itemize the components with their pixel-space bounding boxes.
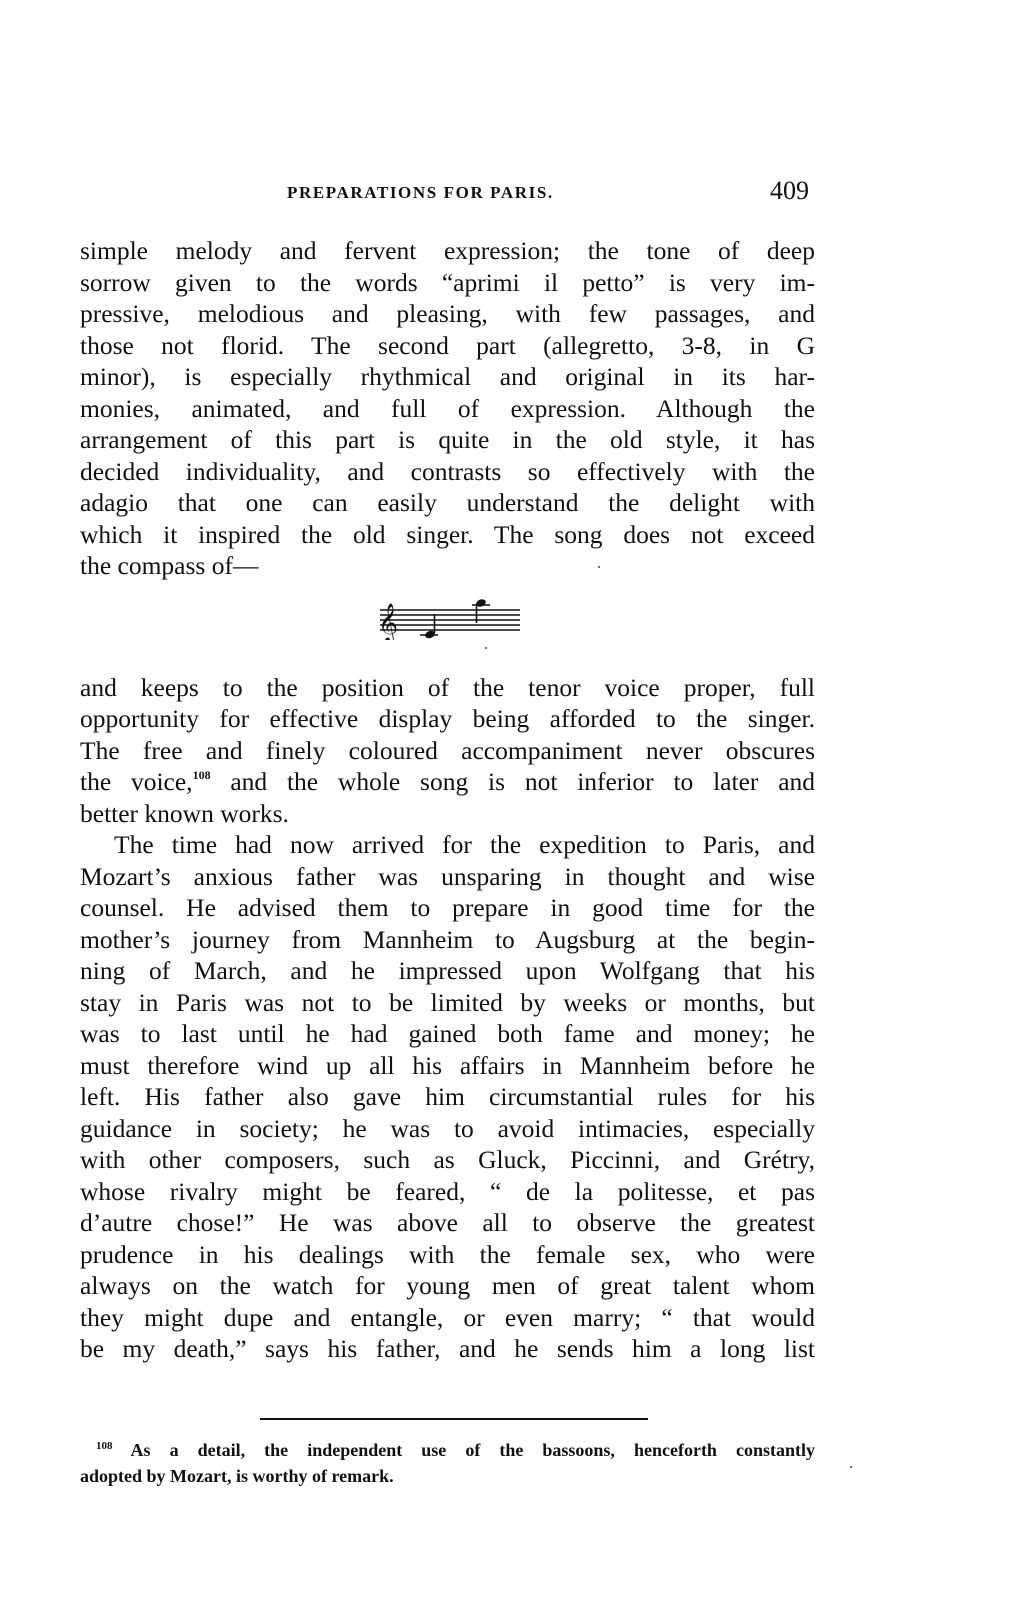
text-line: they might dupe and entangle, or even ma… [80,1303,815,1333]
footnote-reference[interactable]: 108 [193,768,211,782]
print-speck [850,1466,852,1468]
text-line: The time had now arrived for the expedit… [114,830,815,860]
text-line: monies, animated, and full of expression… [80,394,815,424]
text-line: decided individuality, and contrasts so … [80,457,815,487]
text-line: counsel. He advised them to prepare in g… [80,893,815,923]
print-speck [598,566,600,568]
text-line: Mozart’s anxious father was unsparing in… [80,862,815,892]
text-line: minor), is especially rhythmical and ori… [80,362,815,392]
footnote-line: adopted by Mozart, is worthy of remark. [80,1463,815,1489]
text-line: simple melody and fervent expression; th… [80,236,815,266]
page-number: 409 [770,176,809,206]
footnote-line: 108 As a detail, the independent use of … [96,1437,815,1463]
running-title: PREPARATIONS FOR PARIS. [287,183,554,203]
text-line: with other composers, such as Gluck, Pic… [80,1145,815,1175]
text-line: be my death,” says his father, and he se… [80,1334,815,1364]
text-line-with-footnote-ref: the voice,108 and the whole song is not … [80,767,815,797]
text-line: ning of March, and he impressed upon Wol… [80,956,815,986]
svg-text:𝄞: 𝄞 [380,603,398,640]
text-line: better known works. [80,799,815,829]
text-line: sorrow given to the words “aprimi il pet… [80,268,815,298]
text-line: The free and finely coloured accompanime… [80,736,815,766]
text-line: left. His father also gave him circumsta… [80,1082,815,1112]
text-line: the compass of— [80,551,815,581]
book-page: PREPARATIONS FOR PARIS. 409 simple melod… [0,0,1034,1600]
text-line: whose rivalry might be feared, “ de la p… [80,1177,815,1207]
text-line: d’autre chose!” He was above all to obse… [80,1208,815,1238]
footnote-divider [260,1418,648,1420]
footnote-number: 108 [96,1440,113,1452]
low-note-icon [424,614,436,639]
treble-clef-icon: 𝄞 [380,603,398,640]
text-line: guidance in society; he was to avoid int… [80,1114,815,1144]
text-line: was to last until he had gained both fam… [80,1019,815,1049]
text-line: must therefore wind up all his affairs i… [80,1051,815,1081]
text-line: adagio that one can easily understand th… [80,488,815,518]
text-line: pressive, melodious and pleasing, with f… [80,299,815,329]
text-line: which it inspired the old singer. The so… [80,520,815,550]
text-line: always on the watch for young men of gre… [80,1271,815,1301]
music-notation-figure: 𝄞 [380,590,520,640]
text-line: opportunity for effective display being … [80,704,815,734]
text-line: prudence in his dealings with the female… [80,1240,815,1270]
text-line: arrangement of this part is quite in the… [80,425,815,455]
print-speck [485,647,487,649]
text-line: stay in Paris was not to be limited by w… [80,988,815,1018]
text-line: and keeps to the position of the tenor v… [80,673,815,703]
text-line: mother’s journey from Mannheim to Augsbu… [80,925,815,955]
text-line: those not florid. The second part (alleg… [80,331,815,361]
